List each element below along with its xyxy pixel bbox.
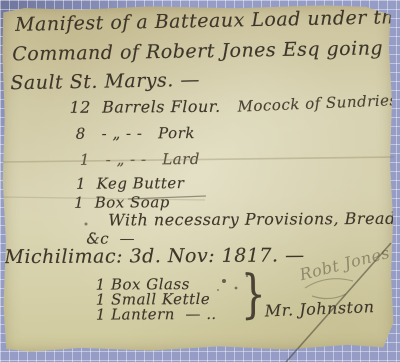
- provisions-line: With necessary Provisions, Bread &: [108, 211, 400, 229]
- cargo-item-soap: 1 Box Soap: [74, 195, 170, 211]
- heading-line-3: Sault St. Marys. —: [10, 71, 200, 93]
- cargo-item-butter: 1 Keg Butter: [76, 176, 185, 192]
- items-brace: }: [241, 269, 267, 321]
- photographed-manuscript-scene: Manifest of a Batteaux Load under the Co…: [0, 0, 400, 362]
- heading-line-1: Manifest of a Batteaux Load under the: [15, 8, 400, 35]
- captain-signature: Robt Jones: [298, 245, 392, 283]
- cargo-item-flour: 12 Barrels Flour.: [70, 99, 221, 116]
- heading-line-2: Command of Robert Jones Esq going to the: [12, 38, 400, 64]
- recipient-name: Mr. Johnston: [265, 299, 375, 319]
- cargo-item-lard: 1 - „ - - Lard: [80, 152, 200, 168]
- sundries-annotation: Mocock of Sundries,: [237, 93, 400, 115]
- extra-item-lantern: 1 Lantern — ‥: [96, 307, 217, 323]
- etc-line: &c —: [86, 231, 135, 246]
- cargo-item-pork: 8 - „ - - Pork: [76, 126, 195, 142]
- manuscript-paper: Manifest of a Batteaux Load under the Co…: [1, 4, 395, 353]
